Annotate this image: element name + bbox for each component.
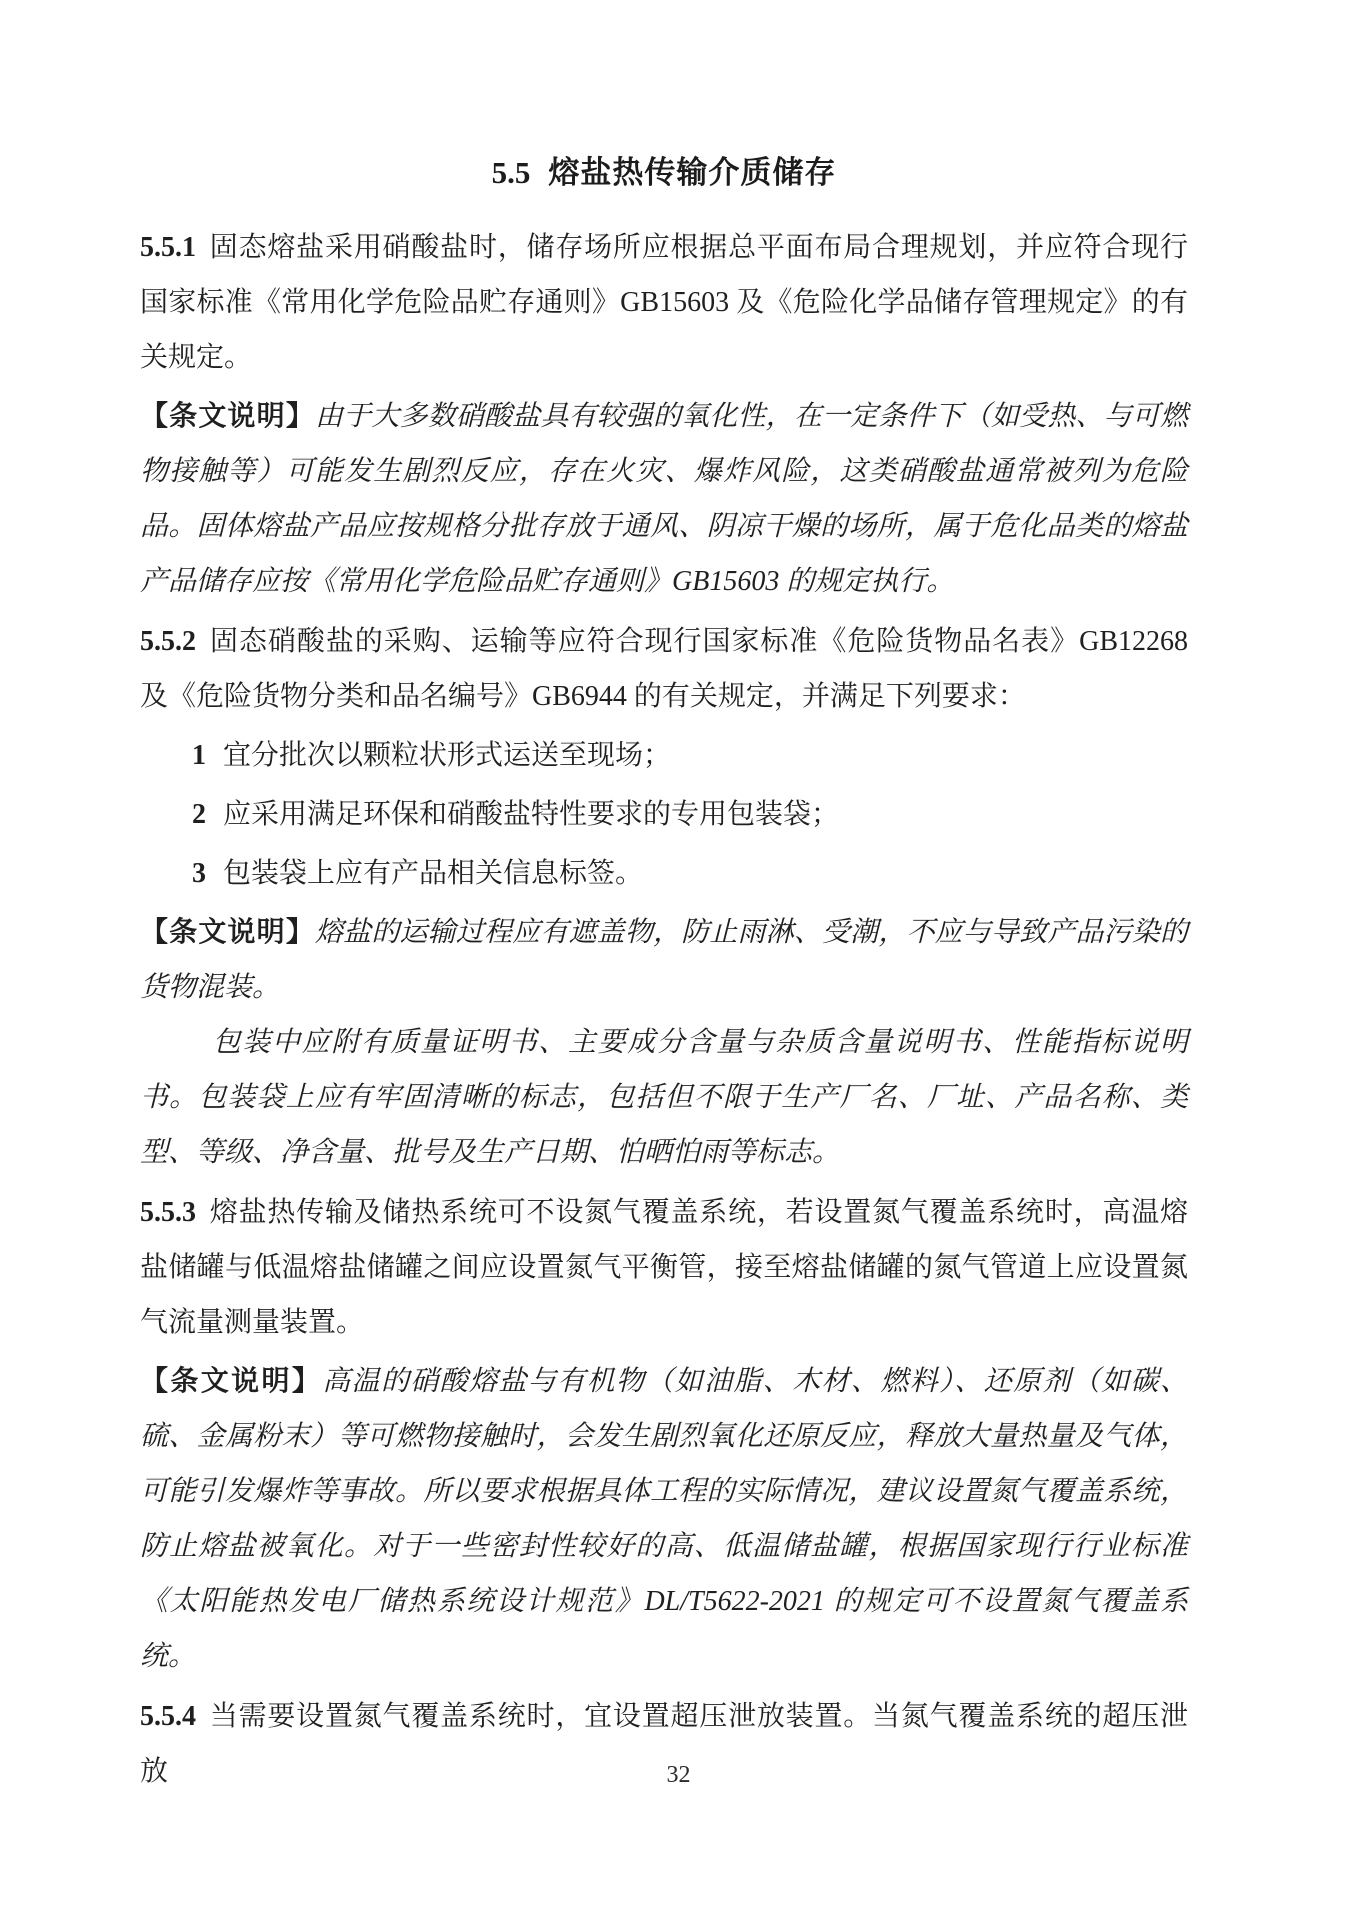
clause-552-text: 固态硝酸盐的采购、运输等应符合现行国家标准《危险货物品名表》GB12268 及《… [140, 626, 1188, 712]
note-552-text-2: 包装中应附有质量证明书、主要成分含量与杂质含量说明书、性能指标说明书。包装袋上应… [140, 1027, 1188, 1168]
page-footer: 32 [0, 1762, 1357, 1789]
clause-553-text: 熔盐热传输及储热系统可不设氮气覆盖系统，若设置氮气覆盖系统时，高温熔盐储罐与低温… [140, 1197, 1188, 1338]
clause-553-number: 5.5.3 [140, 1197, 196, 1228]
item-3-text: 包装袋上应有产品相关信息标签。 [223, 858, 643, 889]
item-2-text: 应采用满足环保和硝酸盐特性要求的专用包装袋； [223, 799, 839, 830]
clause-552-item-1: 1宜分批次以颗粒状形式运送至现场； [140, 728, 1188, 783]
note-552-paragraph-2: 包装中应附有质量证明书、主要成分含量与杂质含量说明书、性能指标说明书。包装袋上应… [140, 1015, 1188, 1180]
page-content: 5.5熔盐热传输介质储存 5.5.1固态熔盐采用硝酸盐时，储存场所应根据总平面布… [140, 150, 1188, 1799]
clause-553-paragraph: 5.5.3熔盐热传输及储热系统可不设氮气覆盖系统，若设置氮气覆盖系统时，高温熔盐… [140, 1185, 1188, 1350]
clause-551-text: 固态熔盐采用硝酸盐时，储存场所应根据总平面布局合理规划，并应符合现行国家标准《常… [140, 232, 1188, 373]
note-552-label: 【条文说明】 [140, 917, 315, 948]
clause-554-number: 5.5.4 [140, 1701, 196, 1732]
clause-552-number: 5.5.2 [140, 626, 196, 657]
item-3-number: 3 [192, 858, 206, 889]
page-number: 32 [667, 1762, 691, 1788]
clause-552-item-3: 3包装袋上应有产品相关信息标签。 [140, 846, 1188, 901]
section-title: 5.5熔盐热传输介质储存 [140, 150, 1188, 196]
note-551-label: 【条文说明】 [140, 401, 315, 432]
note-553-text: 高温的硝酸熔盐与有机物（如油脂、木材、燃料）、还原剂（如碳、硫、金属粉末）等可燃… [140, 1366, 1188, 1672]
note-553-label: 【条文说明】 [140, 1366, 322, 1397]
note-553-paragraph: 【条文说明】高温的硝酸熔盐与有机物（如油脂、木材、燃料）、还原剂（如碳、硫、金属… [140, 1354, 1188, 1684]
section-title-text: 熔盐热传输介质储存 [548, 155, 836, 190]
clause-551-number: 5.5.1 [140, 232, 196, 263]
item-2-number: 2 [192, 799, 206, 830]
section-title-number: 5.5 [492, 155, 531, 190]
item-1-number: 1 [192, 740, 206, 771]
document-page: 5.5熔盐热传输介质储存 5.5.1固态熔盐采用硝酸盐时，储存场所应根据总平面布… [0, 0, 1357, 1920]
item-1-text: 宜分批次以颗粒状形式运送至现场； [223, 740, 671, 771]
clause-552-item-2: 2应采用满足环保和硝酸盐特性要求的专用包装袋； [140, 787, 1188, 842]
clause-552-paragraph: 5.5.2固态硝酸盐的采购、运输等应符合现行国家标准《危险货物品名表》GB122… [140, 614, 1188, 724]
clause-551-paragraph: 5.5.1固态熔盐采用硝酸盐时，储存场所应根据总平面布局合理规划，并应符合现行国… [140, 220, 1188, 385]
note-551-paragraph: 【条文说明】由于大多数硝酸盐具有较强的氧化性，在一定条件下（如受热、与可燃物接触… [140, 389, 1188, 609]
note-552-paragraph: 【条文说明】熔盐的运输过程应有遮盖物，防止雨淋、受潮，不应与导致产品污染的货物混… [140, 905, 1188, 1015]
